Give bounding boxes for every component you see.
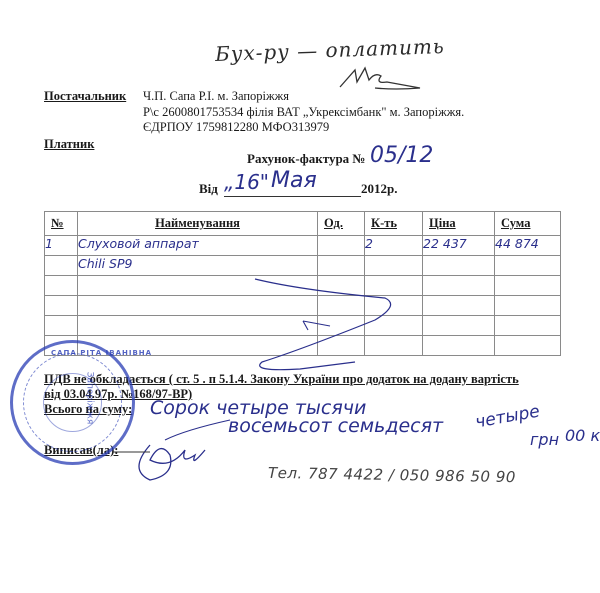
cell-price bbox=[423, 316, 495, 336]
header-no: № bbox=[45, 212, 78, 236]
cell-unit bbox=[318, 276, 365, 296]
cell-price: 22 437 bbox=[423, 236, 495, 256]
table-row bbox=[45, 276, 561, 296]
date-prefix: Від bbox=[199, 181, 218, 197]
supplier-account: Р\с 2600801753534 філія ВАТ „Укрексімбан… bbox=[143, 105, 464, 120]
cell-unit bbox=[318, 336, 365, 356]
cell-sum bbox=[495, 256, 561, 276]
company-stamp: САПА РІТА ІВАНІВНА Запоріжжя bbox=[10, 340, 135, 465]
stamp-city: Запоріжжя bbox=[84, 372, 94, 425]
total-kopecks: 00 коп bbox=[565, 426, 600, 445]
cell-qty bbox=[365, 256, 423, 276]
cell-sum bbox=[495, 276, 561, 296]
date-year: 2012р. bbox=[361, 181, 397, 197]
supplier-label: Постачальник bbox=[44, 89, 126, 104]
cell-price bbox=[423, 276, 495, 296]
invoice-number: 05/12 bbox=[370, 143, 433, 168]
table-row bbox=[45, 316, 561, 336]
total-currency: грн bbox=[530, 430, 559, 449]
cell-qty bbox=[365, 316, 423, 336]
header-qty: К-ть bbox=[365, 212, 423, 236]
cell-unit bbox=[318, 296, 365, 316]
date-day: „16" bbox=[224, 170, 269, 194]
cell-sum bbox=[495, 296, 561, 316]
total-in-words-line3: четыре bbox=[474, 402, 542, 433]
cell-no bbox=[45, 296, 78, 316]
cell-unit bbox=[318, 316, 365, 336]
table-row: Chili SP9 bbox=[45, 256, 561, 276]
cell-price bbox=[423, 256, 495, 276]
supplier-codes: ЄДРПОУ 1759812280 МФО313979 bbox=[143, 120, 329, 135]
header-name: Найменування bbox=[78, 212, 318, 236]
cell-sum bbox=[495, 316, 561, 336]
issuer-signature bbox=[139, 445, 205, 480]
header-price: Ціна bbox=[423, 212, 495, 236]
date-underline bbox=[224, 196, 361, 197]
table-header-row: № Найменування Од. К-ть Ціна Сума bbox=[45, 212, 561, 236]
cell-no bbox=[45, 316, 78, 336]
cell-name bbox=[78, 296, 318, 316]
cell-qty bbox=[365, 276, 423, 296]
invoice-title: Рахунок-фактура № bbox=[247, 151, 366, 167]
payer-label: Платник bbox=[44, 137, 94, 152]
cell-name: Chili SP9 bbox=[78, 256, 318, 276]
header-unit: Од. bbox=[318, 212, 365, 236]
cell-no bbox=[45, 256, 78, 276]
items-table: № Найменування Од. К-ть Ціна Сума 1Слухо… bbox=[44, 211, 561, 356]
supplier-name: Ч.П. Сапа Р.І. м. Запоріжжя bbox=[143, 89, 289, 104]
stamp-outer-text: САПА РІТА ІВАНІВНА bbox=[51, 349, 152, 357]
cell-unit bbox=[318, 256, 365, 276]
total-in-words-line2: восемьсот семьдесят bbox=[228, 415, 443, 437]
resolution-signature bbox=[335, 62, 425, 92]
cell-unit bbox=[318, 236, 365, 256]
date-month: Мая bbox=[271, 168, 317, 193]
table-row: 1Слуховой аппарат222 43744 874 bbox=[45, 236, 561, 256]
cell-qty bbox=[365, 296, 423, 316]
cell-sum bbox=[495, 336, 561, 356]
cell-qty bbox=[365, 336, 423, 356]
cell-price bbox=[423, 336, 495, 356]
cell-no: 1 bbox=[45, 236, 78, 256]
phone-numbers: Тел. 787 4422 / 050 986 50 90 bbox=[268, 464, 516, 486]
cell-name: Слуховой аппарат bbox=[78, 236, 318, 256]
header-sum: Сума bbox=[495, 212, 561, 236]
cell-qty: 2 bbox=[365, 236, 423, 256]
cell-name bbox=[78, 316, 318, 336]
cell-name bbox=[78, 276, 318, 296]
cell-sum: 44 874 bbox=[495, 236, 561, 256]
cell-no bbox=[45, 276, 78, 296]
cell-price bbox=[423, 296, 495, 316]
table-row bbox=[45, 296, 561, 316]
